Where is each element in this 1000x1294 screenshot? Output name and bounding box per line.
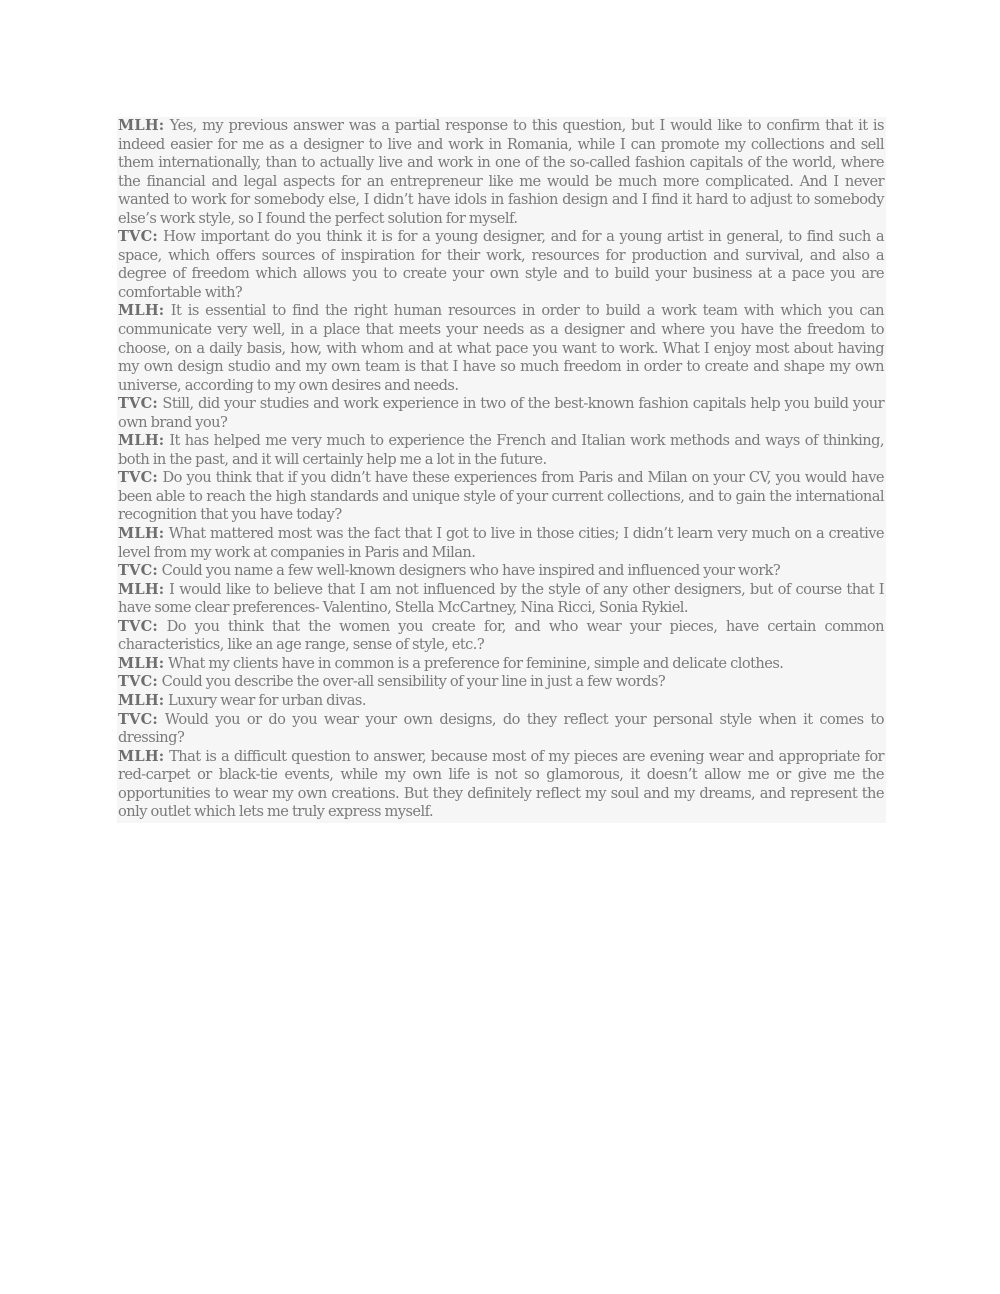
speaker-label: MLH: — [118, 525, 164, 542]
interview-paragraph-tvc: TVC: Do you think that the women you cre… — [118, 618, 884, 655]
interview-paragraph-mlh: MLH: What my clients have in common is a… — [118, 655, 884, 674]
question-text: Would you or do you wear your own design… — [118, 711, 884, 747]
speaker-label: MLH: — [118, 692, 164, 709]
question-text: How important do you think it is for a y… — [118, 228, 884, 301]
answer-text: It has helped me very much to experience… — [118, 432, 884, 468]
answer-text: That is a difficult question to answer, … — [118, 748, 884, 821]
interview-paragraph-mlh: MLH: That is a difficult question to ans… — [118, 748, 884, 822]
question-text: Could you name a few well-known designer… — [158, 562, 780, 579]
answer-text: It is essential to find the right human … — [118, 302, 884, 393]
question-text: Could you describe the over-all sensibil… — [158, 673, 665, 690]
question-text: Still, did your studies and work experie… — [118, 395, 884, 431]
speaker-label: TVC: — [118, 562, 158, 579]
speaker-label: MLH: — [118, 655, 164, 672]
interview-paragraph-tvc: TVC: Still, did your studies and work ex… — [118, 395, 884, 432]
speaker-label: TVC: — [118, 395, 158, 412]
speaker-label: MLH: — [118, 432, 164, 449]
interview-paragraph-mlh: MLH: What mattered most was the fact tha… — [118, 525, 884, 562]
answer-text: What my clients have in common is a pref… — [164, 655, 783, 672]
answer-text: What mattered most was the fact that I g… — [118, 525, 884, 561]
interview-paragraph-mlh: MLH: It has helped me very much to exper… — [118, 432, 884, 469]
interview-paragraph-tvc: TVC: How important do you think it is fo… — [118, 228, 884, 302]
speaker-label: TVC: — [118, 618, 158, 635]
speaker-label: TVC: — [118, 711, 158, 728]
interview-paragraph-mlh: MLH: I would like to believe that I am n… — [118, 581, 884, 618]
interview-paragraph-mlh: MLH: Yes, my previous answer was a parti… — [118, 117, 884, 228]
answer-text: Yes, my previous answer was a partial re… — [118, 117, 884, 227]
interview-paragraph-mlh: MLH: Luxury wear for urban divas. — [118, 692, 884, 711]
interview-paragraph-tvc: TVC: Do you think that if you didn’t hav… — [118, 469, 884, 525]
speaker-label: MLH: — [118, 748, 164, 765]
speaker-label: MLH: — [118, 117, 164, 134]
answer-text: I would like to believe that I am not in… — [118, 581, 884, 617]
document-page: MLH: Yes, my previous answer was a parti… — [0, 0, 1000, 1294]
interview-text-block: MLH: Yes, my previous answer was a parti… — [117, 117, 886, 823]
speaker-label: TVC: — [118, 673, 158, 690]
speaker-label: TVC: — [118, 228, 158, 245]
speaker-label: TVC: — [118, 469, 158, 486]
interview-paragraph-tvc: TVC: Could you describe the over-all sen… — [118, 673, 884, 692]
question-text: Do you think that if you didn’t have the… — [118, 469, 884, 523]
speaker-label: MLH: — [118, 581, 164, 598]
answer-text: Luxury wear for urban divas. — [164, 692, 366, 709]
interview-paragraph-mlh: MLH: It is essential to find the right h… — [118, 302, 884, 395]
interview-paragraph-tvc: TVC: Could you name a few well-known des… — [118, 562, 884, 581]
speaker-label: MLH: — [118, 302, 164, 319]
interview-paragraph-tvc: TVC: Would you or do you wear your own d… — [118, 711, 884, 748]
question-text: Do you think that the women you create f… — [118, 618, 884, 654]
